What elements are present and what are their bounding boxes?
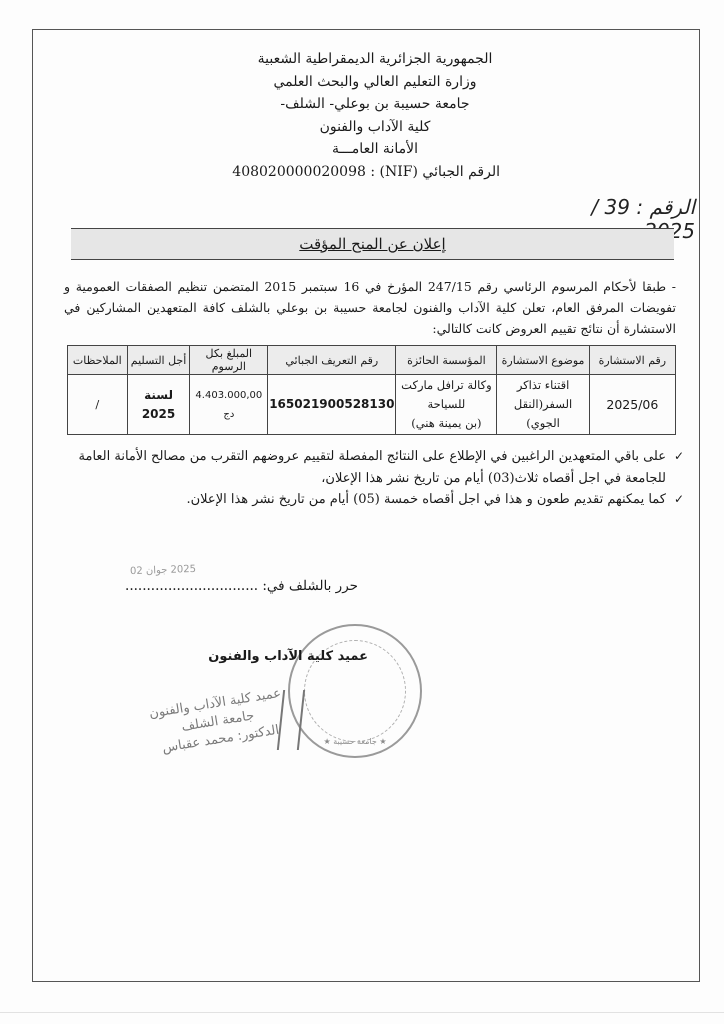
company-line-1: وكالة ترافل ماركت للسياحة bbox=[397, 376, 495, 414]
company-line-2: (بن يمينة هني) bbox=[397, 414, 495, 433]
announcement-title-band: إعلان عن المنح المؤقت bbox=[71, 228, 674, 260]
note-item: ✓ كما يمكنهم تقديم طعون و هذا في اجل أقص… bbox=[60, 489, 688, 511]
letterhead-line-university: جامعة حسيبة بن بوعلي- الشلف- bbox=[250, 93, 500, 116]
cell-tax-id: 165021900528130 bbox=[268, 375, 396, 435]
col-subject: موضوع الاستشارة bbox=[497, 346, 589, 375]
cell-amount: 4.403.000,00 دج bbox=[190, 375, 268, 435]
date-stamp: 2025 جوان 02 bbox=[130, 564, 196, 577]
col-consultation-no: رقم الاستشارة bbox=[589, 346, 675, 375]
subject-line-2: السفر(النقل الجوي) bbox=[498, 395, 587, 433]
letterhead: الجمهورية الجزائرية الديمقراطية الشعبية … bbox=[250, 48, 500, 183]
col-company: المؤسسة الحائزة bbox=[396, 346, 497, 375]
cell-company: وكالة ترافل ماركت للسياحة (بن يمينة هني) bbox=[396, 375, 497, 435]
reference-label: الرقم : bbox=[636, 195, 695, 219]
letterhead-line-secretariat: الأمانة العامـــة bbox=[250, 138, 500, 161]
scan-edge-line bbox=[0, 1012, 724, 1013]
letterhead-line-republic: الجمهورية الجزائرية الديمقراطية الشعبية bbox=[250, 48, 500, 71]
letterhead-line-faculty: كلية الآداب والفنون bbox=[250, 116, 500, 139]
notes-list: ✓ على باقي المتعهدين الراغبين في الإطلاع… bbox=[60, 446, 688, 511]
col-amount: المبلغ بكل الرسوم bbox=[190, 346, 268, 375]
table-row: 2025/06 اقتناء تذاكر السفر(النقل الجوي) … bbox=[68, 375, 676, 435]
letterhead-line-ministry: وزارة التعليم العالي والبحث العلمي bbox=[250, 71, 500, 94]
check-icon: ✓ bbox=[674, 446, 684, 468]
reference-number: الرقم : 39 / 2025 bbox=[535, 195, 695, 229]
cell-consultation-no: 2025/06 bbox=[589, 375, 675, 435]
cell-notes: / bbox=[68, 375, 128, 435]
table-header-row: رقم الاستشارة موضوع الاستشارة المؤسسة ال… bbox=[68, 346, 676, 375]
note-item: ✓ على باقي المتعهدين الراغبين في الإطلاع… bbox=[60, 446, 688, 489]
dean-title: عميد كلية الآداب والفنون bbox=[208, 649, 368, 664]
cell-delivery: لسنة 2025 bbox=[127, 375, 190, 435]
intro-paragraph: - طبقا لأحكام المرسوم الرئاسي رقم 247/15… bbox=[64, 276, 676, 339]
results-table: رقم الاستشارة موضوع الاستشارة المؤسسة ال… bbox=[67, 345, 676, 435]
announcement-title: إعلان عن المنح المؤقت bbox=[299, 235, 445, 253]
col-tax-id: رقم التعريف الجبائي bbox=[268, 346, 396, 375]
check-icon: ✓ bbox=[674, 489, 684, 511]
col-notes: الملاحظات bbox=[68, 346, 128, 375]
tax-number: الرقم الجبائي (NIF) : 408020000020098 bbox=[250, 161, 500, 184]
note-text: كما يمكنهم تقديم طعون و هذا في اجل أقصاه… bbox=[187, 492, 667, 507]
subject-line-1: اقتناء تذاكر bbox=[498, 376, 587, 395]
written-at-line: حرر بالشلف في: .........................… bbox=[108, 578, 358, 594]
cell-subject: اقتناء تذاكر السفر(النقل الجوي) bbox=[497, 375, 589, 435]
col-delivery: أجل التسليم bbox=[127, 346, 190, 375]
note-text: على باقي المتعهدين الراغبين في الإطلاع ع… bbox=[79, 449, 666, 486]
